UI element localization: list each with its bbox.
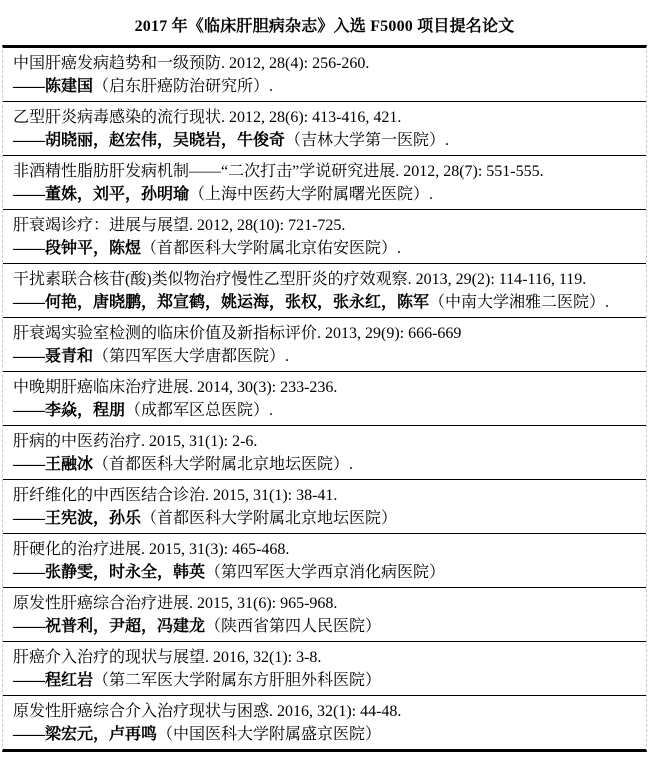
paper-authors-line: ——董姝，刘平，孙明瑜（上海中医药大学附属曙光医院）. [13,183,636,206]
paper-citation: 中国肝癌发病趋势和一级预防. 2012, 28(4): 256-260. [13,52,636,75]
paper-authors-line: ——祝普利，尹超，冯建龙（陕西省第四人民医院） [13,615,636,638]
paper-authors: ——聂青和 [13,348,93,365]
paper-affiliation: （第四军医大学唐都医院）. [93,348,289,365]
paper-affiliation: （首都医科大学附属北京地坛医院）. [93,456,353,473]
paper-row: 中晚期肝癌临床治疗进展. 2014, 30(3): 233-236. ——李焱，… [3,372,646,426]
paper-affiliation: （中国医科大学附属盛京医院） [157,726,381,743]
paper-affiliation: （陕西省第四人民医院） [205,618,381,635]
paper-citation: 原发性肝癌综合介入治疗现状与困惑. 2016, 32(1): 44-48. [13,700,636,723]
paper-citation: 肝病的中医药治疗. 2015, 31(1): 2-6. [13,430,636,453]
paper-authors: ——程红岩 [13,672,93,689]
paper-affiliation: （中南大学湘雅二医院）. [429,294,609,311]
paper-row: 中国肝癌发病趋势和一级预防. 2012, 28(4): 256-260. ——陈… [3,48,646,102]
paper-citation: 肝衰竭实验室检测的临床价值及新指标评价. 2013, 29(9): 666-66… [13,322,636,345]
paper-citation: 肝癌介入治疗的现状与展望. 2016, 32(1): 3-8. [13,646,636,669]
paper-row: 原发性肝癌综合治疗进展. 2015, 31(6): 965-968. ——祝普利… [3,588,646,642]
paper-row: 非酒精性脂肪肝发病机制——“二次打击”学说研究进展. 2012, 28(7): … [3,156,646,210]
paper-authors-line: ——李焱，程朋（成都军区总医院）. [13,399,636,422]
paper-affiliation: （第二军医大学附属东方肝胆外科医院） [93,672,381,689]
paper-authors-line: ——段钟平，陈煜（首都医科大学附属北京佑安医院）. [13,237,636,260]
paper-authors-line: ——程红岩（第二军医大学附属东方肝胆外科医院） [13,669,636,692]
paper-affiliation: （第四军医大学西京消化病医院） [205,564,445,581]
paper-citation: 肝衰竭诊疗：进展与展望. 2012, 28(10): 721-725. [13,214,636,237]
paper-authors: ——王融冰 [13,456,93,473]
paper-authors: ——胡晓丽，赵宏伟，吴晓岩，牛俊奇 [13,132,285,149]
paper-authors: ——何艳，唐晓鹏，郑宣鹤，姚运海，张权，张永红，陈军 [13,294,429,311]
paper-authors: ——段钟平，陈煜 [13,240,141,257]
paper-row: 肝纤维化的中西医结合诊治. 2015, 31(1): 38-41. ——王宪波，… [3,480,646,534]
paper-row: 肝癌介入治疗的现状与展望. 2016, 32(1): 3-8. ——程红岩（第二… [3,642,646,696]
paper-authors: ——李焱，程朋 [13,402,125,419]
paper-citation: 肝纤维化的中西医结合诊治. 2015, 31(1): 38-41. [13,484,636,507]
paper-authors-line: ——何艳，唐晓鹏，郑宣鹤，姚运海，张权，张永红，陈军（中南大学湘雅二医院）. [13,291,636,314]
paper-citation: 原发性肝癌综合治疗进展. 2015, 31(6): 965-968. [13,592,636,615]
paper-citation: 非酒精性脂肪肝发病机制——“二次打击”学说研究进展. 2012, 28(7): … [13,160,636,183]
paper-citation: 肝硬化的治疗进展. 2015, 31(3): 465-468. [13,538,636,561]
paper-row: 肝病的中医药治疗. 2015, 31(1): 2-6. ——王融冰（首都医科大学… [3,426,646,480]
paper-authors-line: ——张静雯，时永全，韩英（第四军医大学西京消化病医院） [13,561,636,584]
paper-citation: 干扰素联合核苷(酸)类似物治疗慢性乙型肝炎的疗效观察. 2013, 29(2):… [13,268,636,291]
paper-row: 干扰素联合核苷(酸)类似物治疗慢性乙型肝炎的疗效观察. 2013, 29(2):… [3,264,646,318]
paper-authors: ——张静雯，时永全，韩英 [13,564,205,581]
paper-affiliation: （启东肝癌防治研究所）. [93,78,273,95]
paper-authors-line: ——梁宏元，卢再鸣（中国医科大学附属盛京医院） [13,723,636,746]
paper-affiliation: （首都医科大学附属北京佑安医院）. [141,240,401,257]
paper-row: 乙型肝炎病毒感染的流行现状. 2012, 28(6): 413-416, 421… [3,102,646,156]
paper-authors: ——董姝，刘平，孙明瑜 [13,186,189,203]
paper-authors-line: ——王融冰（首都医科大学附属北京地坛医院）. [13,453,636,476]
paper-row: 肝衰竭诊疗：进展与展望. 2012, 28(10): 721-725. ——段钟… [3,210,646,264]
paper-row: 原发性肝癌综合介入治疗现状与困惑. 2016, 32(1): 44-48. ——… [3,696,646,749]
page-title: 2017 年《临床肝胆病杂志》入选 F5000 项目提名论文 [0,0,649,45]
document-page: 2017 年《临床肝胆病杂志》入选 F5000 项目提名论文 中国肝癌发病趋势和… [0,0,649,765]
paper-affiliation: （首都医科大学附属北京地坛医院） [141,510,397,527]
paper-row: 肝衰竭实验室检测的临床价值及新指标评价. 2013, 29(9): 666-66… [3,318,646,372]
paper-authors: ——王宪波，孙乐 [13,510,141,527]
paper-affiliation: （上海中医药大学附属曙光医院）. [189,186,433,203]
paper-authors: ——梁宏元，卢再鸣 [13,726,157,743]
paper-authors: ——祝普利，尹超，冯建龙 [13,618,205,635]
paper-citation: 中晚期肝癌临床治疗进展. 2014, 30(3): 233-236. [13,376,636,399]
paper-authors: ——陈建国 [13,78,93,95]
papers-table: 中国肝癌发病趋势和一级预防. 2012, 28(4): 256-260. ——陈… [2,45,647,752]
paper-authors-line: ——王宪波，孙乐（首都医科大学附属北京地坛医院） [13,507,636,530]
paper-row: 肝硬化的治疗进展. 2015, 31(3): 465-468. ——张静雯，时永… [3,534,646,588]
paper-affiliation: （成都军区总医院）. [125,402,273,419]
paper-authors-line: ——聂青和（第四军医大学唐都医院）. [13,345,636,368]
paper-citation: 乙型肝炎病毒感染的流行现状. 2012, 28(6): 413-416, 421… [13,106,636,129]
paper-affiliation: （吉林大学第一医院）. [285,132,449,149]
paper-authors-line: ——陈建国（启东肝癌防治研究所）. [13,75,636,98]
paper-authors-line: ——胡晓丽，赵宏伟，吴晓岩，牛俊奇（吉林大学第一医院）. [13,129,636,152]
